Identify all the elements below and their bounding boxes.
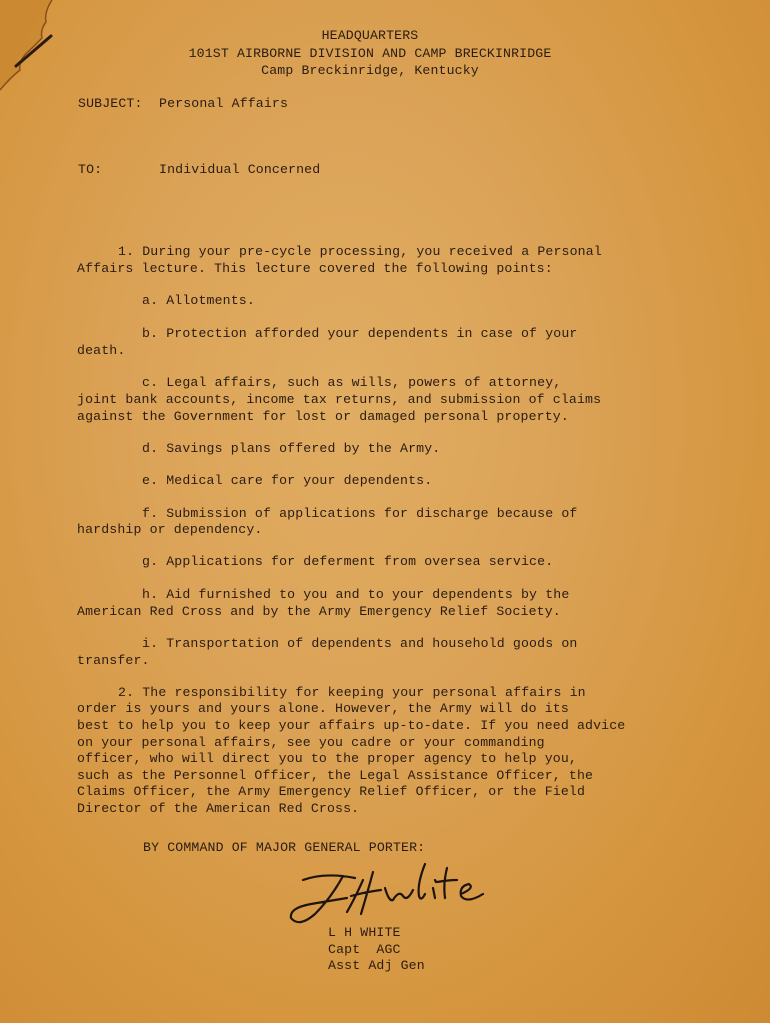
subject-value: Personal Affairs [159,96,288,112]
item-c-line1: c. Legal affairs, such as wills, powers … [142,375,561,391]
to-label: TO: [78,162,102,178]
item-h-line2: American Red Cross and by the Army Emerg… [77,604,561,620]
signer-title: Asst Adj Gen [328,958,425,974]
command-line: BY COMMAND OF MAJOR GENERAL PORTER: [143,840,425,856]
para2-line4: on your personal affairs, see you cadre … [77,735,545,751]
subject-label: SUBJECT: [78,96,143,112]
para2-line6: such as the Personnel Officer, the Legal… [77,768,593,784]
handwritten-signature [285,858,495,930]
signer-rank: Capt AGC [328,942,401,958]
letterhead-location: Camp Breckinridge, Kentucky [0,63,740,79]
item-e: e. Medical care for your dependents. [142,473,432,489]
to-value: Individual Concerned [159,162,320,178]
letterhead-headquarters: HEADQUARTERS [0,28,740,44]
item-g: g. Applications for deferment from overs… [142,554,553,570]
para2-line3: best to help you to keep your affairs up… [77,718,625,734]
letterhead-division: 101ST AIRBORNE DIVISION AND CAMP BRECKIN… [0,46,740,62]
para1-line1: 1. During your pre-cycle processing, you… [118,244,602,260]
para2-line8: Director of the American Red Cross. [77,801,359,817]
item-c-line3: against the Government for lost or damag… [77,409,569,425]
document-page: HEADQUARTERS 101ST AIRBORNE DIVISION AND… [0,0,770,1023]
para2-line5: officer, who will direct you to the prop… [77,751,577,767]
item-i-line2: transfer. [77,653,150,669]
item-c-line2: joint bank accounts, income tax returns,… [77,392,601,408]
para2-line2: order is yours and yours alone. However,… [77,701,569,717]
item-d: d. Savings plans offered by the Army. [142,441,440,457]
para2-line7: Claims Officer, the Army Emergency Relie… [77,784,585,800]
para2-line1: 2. The responsibility for keeping your p… [118,685,586,701]
signer-name: L H WHITE [328,925,401,941]
para1-line2: Affairs lecture. This lecture covered th… [77,261,553,277]
item-h-line1: h. Aid furnished to you and to your depe… [142,587,569,603]
item-b-line1: b. Protection afforded your dependents i… [142,326,577,342]
item-i-line1: i. Transportation of dependents and hous… [142,636,577,652]
item-f-line1: f. Submission of applications for discha… [142,506,577,522]
item-f-line2: hardship or dependency. [77,522,262,538]
item-b-line2: death. [77,343,125,359]
item-a: a. Allotments. [142,293,255,309]
